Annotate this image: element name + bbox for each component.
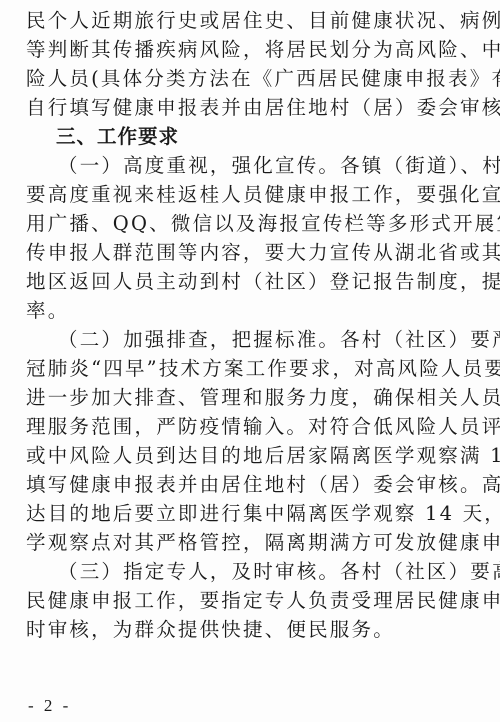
paragraph-2-line: 冠肺炎“四早”技术方案工作要求，对高风险人员要依法依规 xyxy=(26,354,468,383)
paragraph-1-line: 要高度重视来桂返桂人员健康申报工作，要强化宣传，充分利 xyxy=(26,180,468,209)
paragraph-2-line: 理服务范围，严防疫情输入。对符合低风险人员评判标准的， xyxy=(26,412,468,441)
body-line: 自行填写健康申报表并由居住地村（居）委会审核。 xyxy=(26,93,468,122)
paragraph-2-line: 学观察点对其严格管控，隔离期满方可发放健康申报表。 xyxy=(26,528,468,557)
body-line: 等判断其传播疾病风险，将居民划分为高风险、中风险、低风 xyxy=(26,35,468,64)
paragraph-3-line: （三）指定专人，及时审核。各村（社区）要高度重视居 xyxy=(58,557,468,586)
paragraph-3-line: 民健康申报工作，要指定专人负责受理居民健康申报材料，及 xyxy=(26,586,468,615)
paragraph-2-line: 填写健康申报表并由居住地村（居）委会审核。高风险人员到 xyxy=(26,470,468,499)
page-number: - 2 - xyxy=(28,696,71,716)
paragraph-1-line: （一）高度重视，强化宣传。各镇（街道）、村（社区） xyxy=(58,151,468,180)
paragraph-1-line: 传申报人群范围等内容，要大力宣传从湖北省或其他疫情严重 xyxy=(26,238,468,267)
document-page: 民个人近期旅行史或居住史、目前健康状况、病例密切接触史 等判断其传播疾病风险，将… xyxy=(0,0,500,722)
paragraph-2-line: 进一步加大排查、管理和服务力度，确保相关人员全部纳入管 xyxy=(26,383,468,412)
paragraph-1-line: 率。 xyxy=(26,296,468,325)
paragraph-2-line: 或中风险人员到达目的地后居家隔离医学观察满 14 天的，自行 xyxy=(26,441,468,470)
paragraph-1-line: 地区返回人员主动到村（社区）登记报告制度，提高群众知晓 xyxy=(26,267,468,296)
paragraph-1-line: 用广播、QQ、微信以及海报宣传栏等多形式开展宣传，重点宣 xyxy=(26,209,468,238)
paragraph-2-line: 达目的地后要立即进行集中隔离医学观察 14 天，由集中隔离医 xyxy=(26,499,468,528)
paragraph-3-line: 时审核，为群众提供快捷、便民服务。 xyxy=(26,615,468,644)
section-heading: 三、工作要求 xyxy=(56,122,179,151)
body-line: 民个人近期旅行史或居住史、目前健康状况、病例密切接触史 xyxy=(26,6,468,35)
paragraph-2-line: （二）加强排查，把握标准。各村（社区）要严格落实新 xyxy=(58,325,468,354)
body-line: 险人员(具体分类方法在《广西居民健康申报表》有详细说明)， xyxy=(26,64,468,93)
